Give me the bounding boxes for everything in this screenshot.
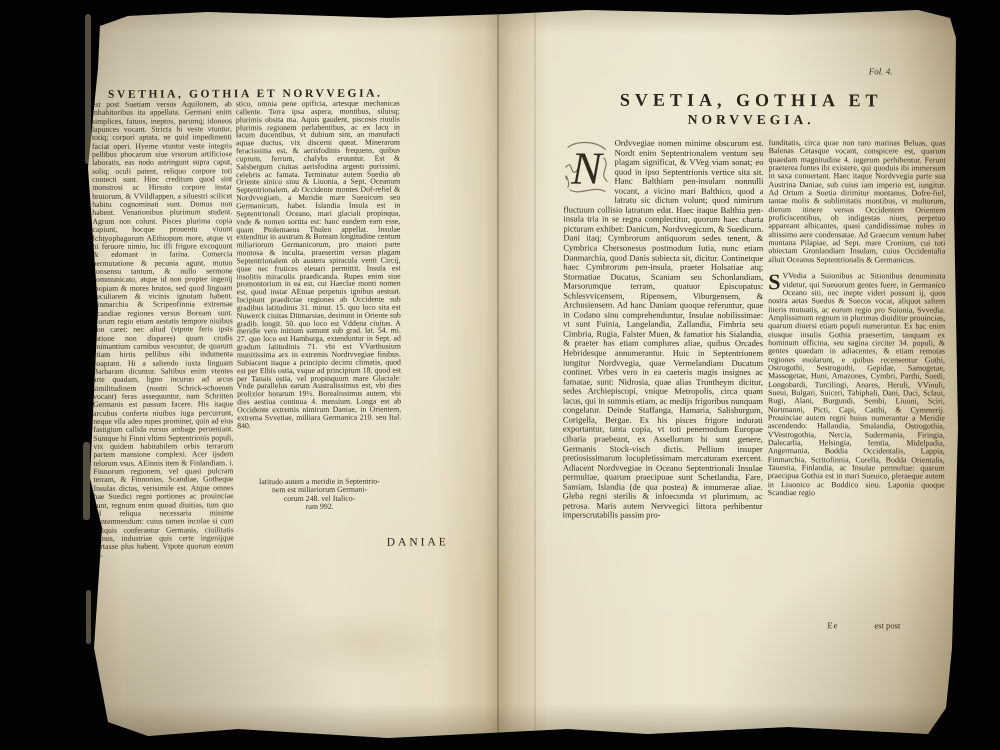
page-title-line1: SVETIA, GOTHIA ET — [559, 90, 944, 112]
left-page-column-2-tailpiece: latitudo autem a meridie in Septentrio- … — [237, 478, 401, 512]
catchword-daniae: DANIAE — [387, 536, 449, 548]
page-title-line2: NORVVEGIA. — [559, 112, 944, 129]
woodcut-initial-capital: N — [563, 140, 609, 196]
book-spread: SVETHIA, GOTHIA ET NORVVEGIA. est post S… — [88, 8, 958, 740]
right-column-1-text: Ordvvegiae nomen minime obscurum est. No… — [563, 139, 764, 521]
page-foot-line: Ee est post — [767, 620, 944, 634]
left-page: SVETHIA, GOTHIA ET NORVVEGIA. est post S… — [86, 7, 503, 741]
signature-mark: Ee — [827, 620, 838, 630]
right-column-2-paragraph-2: SVVedia a Suionibus ac Sitionibus denomi… — [768, 272, 946, 498]
catchword-est-post: est post — [874, 620, 900, 630]
initial-letter-n: N — [570, 143, 604, 194]
paper-edge-sliver — [86, 590, 91, 644]
folio-number: Fol. 4. — [869, 66, 893, 76]
right-column-2-paragraph-1: funditatis, circa quae non raro marinas … — [768, 139, 945, 265]
right-page-column-2: funditatis, circa quae non raro marinas … — [767, 139, 945, 615]
right-column-2-paragraph-2-text: VVedia a Suionibus ac Sitionibus denomin… — [768, 271, 946, 497]
paper-edge-sliver — [85, 14, 91, 164]
drop-cap-s: S — [768, 272, 782, 290]
right-page-column-1: N Ordvvegiae nomen minime obscurum est. … — [562, 139, 763, 620]
photo-background: SVETHIA, GOTHIA ET NORVVEGIA. est post S… — [0, 0, 1000, 750]
right-page: Fol. 4. SVETIA, GOTHIA ET NORVVEGIA. N O… — [517, 7, 959, 740]
paper-edge-sliver — [83, 442, 90, 520]
left-page-column-1: est post Suetiam versus Aquilonem, ab in… — [92, 100, 234, 563]
left-page-column-2: stico, omnia pene opificia, artesque mec… — [236, 100, 402, 479]
